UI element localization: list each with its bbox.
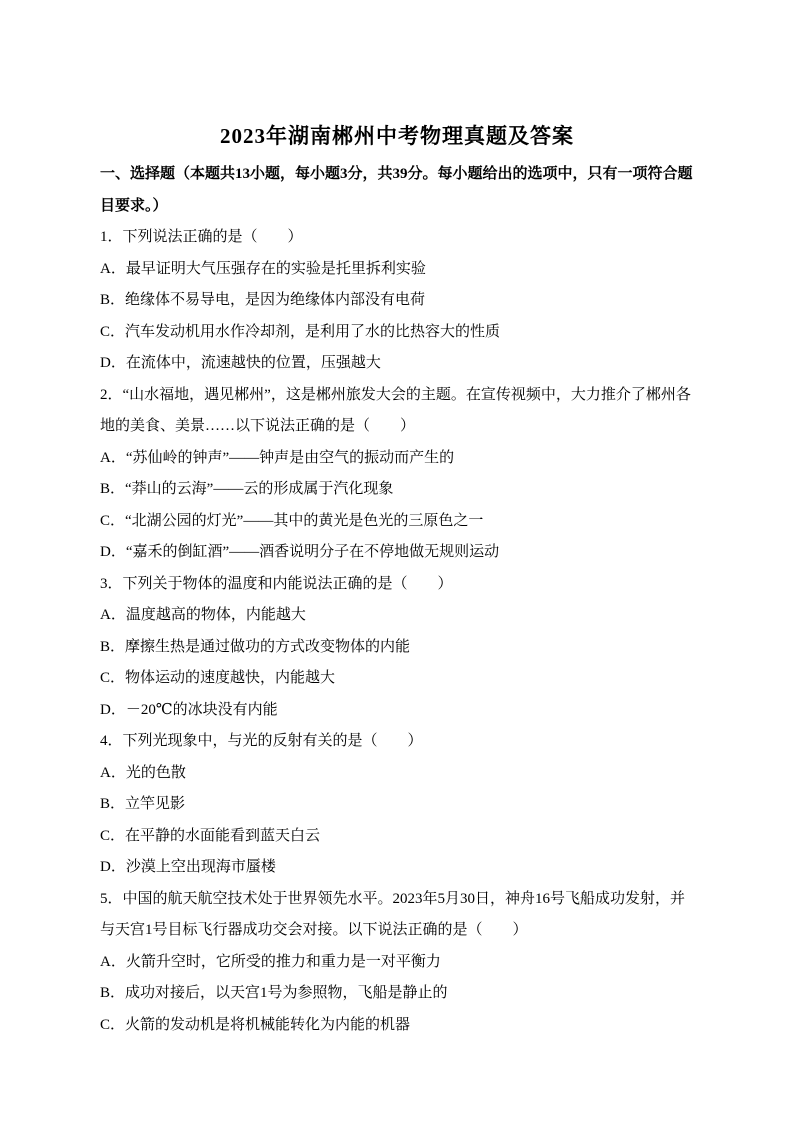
- question-1-option-c: C．汽车发动机用水作冷却剂，是利用了水的比热容大的性质: [100, 317, 694, 349]
- question-5-option-b: B．成功对接后，以天宫1号为参照物，飞船是静止的: [100, 978, 694, 1010]
- question-3: 3．下列关于物体的温度和内能说法正确的是（ ） A．温度越高的物体，内能越大 B…: [100, 569, 694, 727]
- question-2-option-a: A．“苏仙岭的钟声”——钟声是由空气的振动而产生的: [100, 443, 694, 475]
- question-4-option-b: B．立竿见影: [100, 789, 694, 821]
- question-4-option-c: C．在平静的水面能看到蓝天白云: [100, 821, 694, 853]
- question-4-option-a: A．光的色散: [100, 758, 694, 790]
- question-2-option-b: B．“莽山的云海”——云的形成属于汽化现象: [100, 474, 694, 506]
- question-3-stem: 3．下列关于物体的温度和内能说法正确的是（ ）: [100, 569, 694, 601]
- question-4-stem: 4．下列光现象中，与光的反射有关的是（ ）: [100, 726, 694, 758]
- question-3-option-a: A．温度越高的物体，内能越大: [100, 600, 694, 632]
- question-3-option-b: B．摩擦生热是通过做功的方式改变物体的内能: [100, 632, 694, 664]
- question-1-option-a: A．最早证明大气压强存在的实验是托里拆利实验: [100, 254, 694, 286]
- question-5-option-c: C．火箭的发动机是将机械能转化为内能的机器: [100, 1010, 694, 1042]
- question-2: 2．“山水福地，遇见郴州”，这是郴州旅发大会的主题。在宣传视频中，大力推介了郴州…: [100, 380, 694, 569]
- question-1-option-b: B．绝缘体不易导电，是因为绝缘体内部没有电荷: [100, 285, 694, 317]
- question-4: 4．下列光现象中，与光的反射有关的是（ ） A．光的色散 B．立竿见影 C．在平…: [100, 726, 694, 884]
- question-5-option-a: A．火箭升空时，它所受的推力和重力是一对平衡力: [100, 947, 694, 979]
- question-4-option-d: D．沙漠上空出现海市蜃楼: [100, 852, 694, 884]
- question-5: 5．中国的航天航空技术处于世界领先水平。2023年5月30日，神舟16号飞船成功…: [100, 884, 694, 1042]
- question-1-option-d: D．在流体中，流速越快的位置，压强越大: [100, 348, 694, 380]
- question-1-stem: 1．下列说法正确的是（ ）: [100, 222, 694, 254]
- question-2-option-c: C．“北湖公园的灯光”——其中的黄光是色光的三原色之一: [100, 506, 694, 538]
- question-3-option-d: D．－20℃的冰块没有内能: [100, 695, 694, 727]
- question-1: 1．下列说法正确的是（ ） A．最早证明大气压强存在的实验是托里拆利实验 B．绝…: [100, 222, 694, 380]
- question-3-option-c: C．物体运动的速度越快，内能越大: [100, 663, 694, 695]
- question-2-option-d: D．“嘉禾的倒缸酒”——酒香说明分子在不停地做无规则运动: [100, 537, 694, 569]
- section-instructions: 一、选择题（本题共13小题，每小题3分，共39分。每小题给出的选项中，只有一项符…: [100, 159, 694, 222]
- question-5-stem: 5．中国的航天航空技术处于世界领先水平。2023年5月30日，神舟16号飞船成功…: [100, 884, 694, 947]
- document-title: 2023年湖南郴州中考物理真题及答案: [100, 0, 694, 150]
- document-page: 2023年湖南郴州中考物理真题及答案 一、选择题（本题共13小题，每小题3分，共…: [0, 0, 794, 1123]
- document-content: 2023年湖南郴州中考物理真题及答案 一、选择题（本题共13小题，每小题3分，共…: [100, 0, 694, 1041]
- question-2-stem: 2．“山水福地，遇见郴州”，这是郴州旅发大会的主题。在宣传视频中，大力推介了郴州…: [100, 380, 694, 443]
